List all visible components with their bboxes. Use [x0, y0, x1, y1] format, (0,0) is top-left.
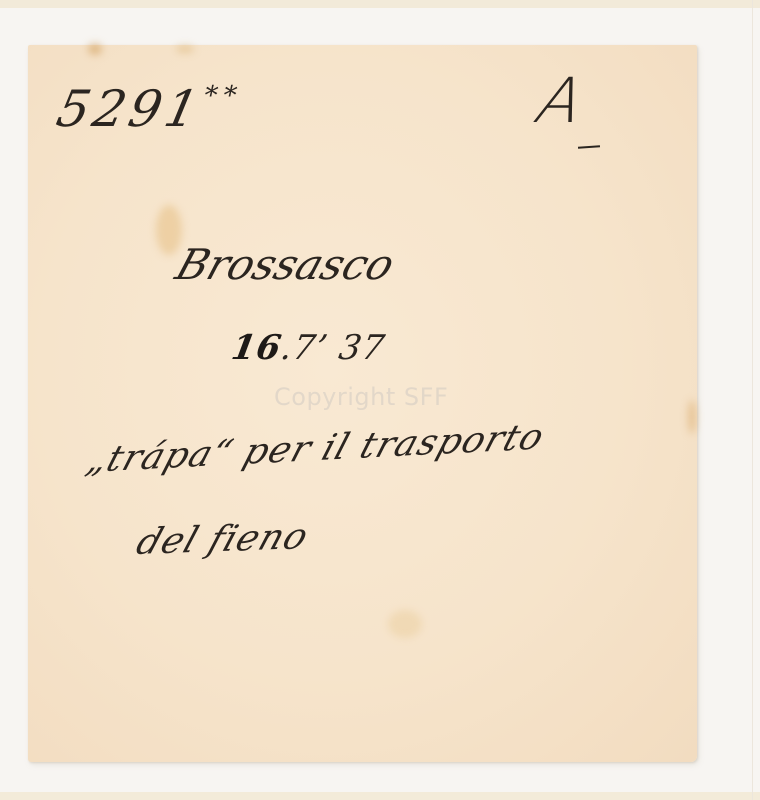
- place-name: Brossasco: [170, 240, 401, 289]
- mount-edge-top: [0, 0, 760, 8]
- date: 16.7’ 37: [228, 328, 388, 368]
- paper-stain: [88, 43, 102, 55]
- mount-edge-bottom: [0, 792, 760, 800]
- copyright-watermark: Copyright SFF: [274, 383, 448, 411]
- paper-stain: [388, 610, 422, 638]
- date-day: 16: [228, 328, 284, 368]
- paper-stain: [176, 45, 194, 53]
- caption-line-2: del fieno: [131, 516, 314, 563]
- mount-edge-right: [752, 0, 753, 800]
- paper-stain: [688, 400, 696, 434]
- catalog-number-value: 5291: [52, 80, 208, 138]
- date-year: 37: [336, 328, 388, 368]
- paper-stain: [156, 205, 182, 255]
- catalog-number: 5291**: [52, 80, 246, 138]
- catalog-marks: **: [201, 81, 245, 111]
